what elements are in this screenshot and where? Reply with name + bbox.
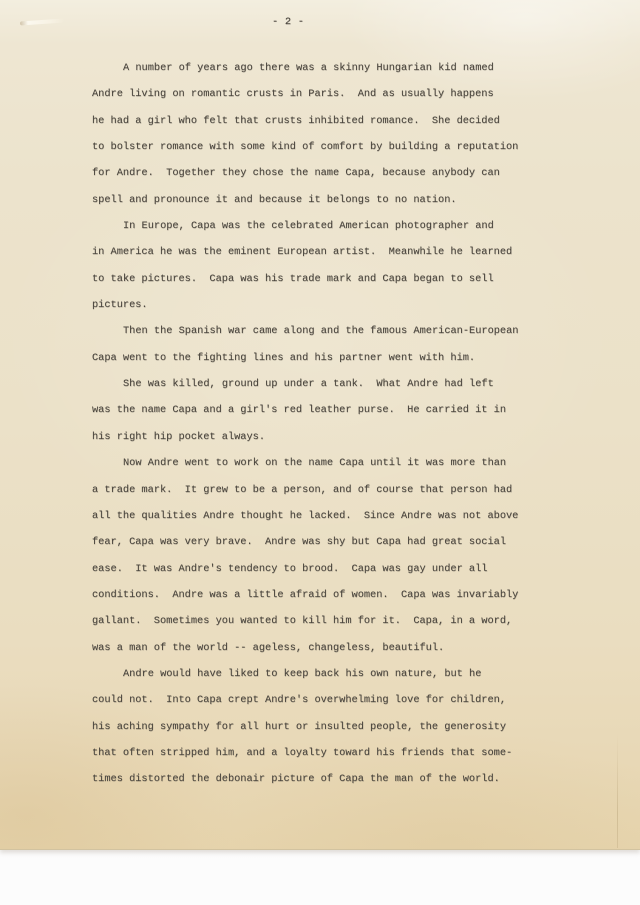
- typed-line: was a man of the world -- ageless, chang…: [92, 635, 562, 661]
- typed-line: his aching sympathy for all hurt or insu…: [92, 714, 562, 740]
- typed-line: could not. Into Capa crept Andre's overw…: [92, 687, 562, 713]
- typed-line: She was killed, ground up under a tank. …: [92, 371, 562, 397]
- typed-line: pictures.: [92, 292, 562, 318]
- typed-line: times distorted the debonair picture of …: [92, 766, 562, 792]
- typed-line: fear, Capa was very brave. Andre was shy…: [92, 529, 562, 555]
- typed-line: Andre would have liked to keep back his …: [92, 661, 562, 687]
- typed-line: Andre living on romantic crusts in Paris…: [92, 81, 562, 107]
- typed-line: was the name Capa and a girl's red leath…: [92, 397, 562, 423]
- typed-line: ease. It was Andre's tendency to brood. …: [92, 556, 562, 582]
- typed-line: a trade mark. It grew to be a person, an…: [92, 477, 562, 503]
- typed-line: that often stripped him, and a loyalty t…: [92, 740, 562, 766]
- typed-line: gallant. Sometimes you wanted to kill hi…: [92, 608, 562, 634]
- paper-crease: [617, 733, 618, 848]
- typed-line: Then the Spanish war came along and the …: [92, 318, 562, 344]
- typed-line: A number of years ago there was a skinny…: [92, 55, 562, 81]
- typed-line: his right hip pocket always.: [92, 424, 562, 450]
- typed-line: Capa went to the fighting lines and his …: [92, 345, 562, 371]
- typed-line: all the qualities Andre thought he lacke…: [92, 503, 562, 529]
- typed-line: he had a girl who felt that crusts inhib…: [92, 108, 562, 134]
- typed-line: to take pictures. Capa was his trade mar…: [92, 266, 562, 292]
- typed-line: for Andre. Together they chose the name …: [92, 160, 562, 186]
- page-number: - 2 -: [272, 16, 304, 28]
- typed-line: In Europe, Capa was the celebrated Ameri…: [92, 213, 562, 239]
- typed-line: Now Andre went to work on the name Capa …: [92, 450, 562, 476]
- typed-line: spell and pronounce it and because it be…: [92, 187, 562, 213]
- typed-line: in America he was the eminent European a…: [92, 239, 562, 265]
- typewritten-page: - 2 - A number of years ago there was a …: [0, 0, 640, 850]
- typed-line: to bolster romance with some kind of com…: [92, 134, 562, 160]
- typed-text-block: A number of years ago there was a skinny…: [92, 55, 562, 793]
- paper-scratch-mark: [20, 18, 64, 25]
- typed-line: conditions. Andre was a little afraid of…: [92, 582, 562, 608]
